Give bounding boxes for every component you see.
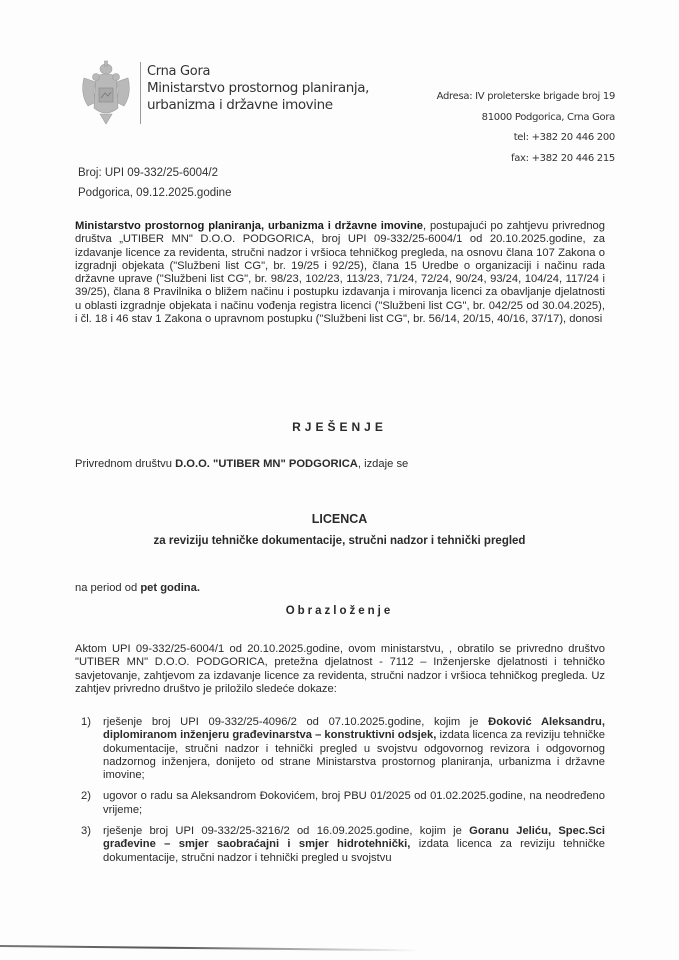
period-value: pet godina. (140, 582, 200, 594)
list-item: 2)ugovor o radu sa Aleksandrom Đokovićem… (75, 790, 605, 817)
licence-title: LICENCA (0, 512, 679, 526)
grant-line: Privrednom društvu D.O.O. "UTIBER MN" PO… (75, 458, 408, 470)
reasoning-paragraph: Aktom UPI 09-332/25-6004/1 od 20.10.2025… (75, 643, 605, 696)
document-number: Broj: UPI 09-332/25-6004/2 (78, 163, 231, 183)
list-item: 1)rješenje broj UPI 09-332/25-4096/2 od … (75, 716, 605, 782)
item-number: 1) (81, 716, 91, 729)
reasoning-heading: Obrazloženje (0, 605, 679, 617)
intro-text: , postupajući po zahtjevu privrednog dru… (75, 220, 605, 325)
address-line: Adresa: IV proleterske brigade broj 19 (437, 90, 615, 111)
phone-line: tel: +382 20 446 200 (437, 131, 615, 152)
decision-heading: RJEŠENJE (0, 420, 679, 434)
document-page: Crna Gora Ministarstvo prostornog planir… (0, 0, 679, 960)
list-item: 3)rješenje broj UPI 09-332/25-3216/2 od … (75, 825, 605, 865)
licence-subtitle: za reviziju tehničke dokumentacije, stru… (0, 535, 679, 547)
intro-lead: Ministarstvo prostornog planiranja, urba… (75, 220, 423, 232)
evidence-list: 1)rješenje broj UPI 09-332/25-4096/2 od … (75, 716, 605, 865)
page-fold-shadow (0, 945, 420, 951)
period-line: na period od pet godina. (75, 582, 200, 594)
item-text: rješenje broj UPI 09-332/25-4096/2 od 07… (103, 716, 488, 728)
country-name: Crna Gora (147, 64, 369, 80)
document-place-date: Podgorica, 09.12.2025.godine (78, 183, 231, 203)
fax-line: fax: +382 20 446 215 (437, 152, 615, 173)
item-text: rješenje broj UPI 09-332/25-3216/2 od 16… (103, 825, 469, 837)
ministry-name-line1: Ministarstvo prostornog planiranja, (147, 80, 369, 97)
item-number: 3) (81, 825, 91, 838)
item-text: ugovor o radu sa Aleksandrom Đokovićem, … (103, 790, 605, 815)
ministry-name-line2: urbanizma i državne imovine (147, 97, 369, 114)
coat-of-arms-icon (78, 60, 134, 126)
intro-paragraph: Ministarstvo prostornog planiranja, urba… (75, 220, 605, 326)
header-institution: Crna Gora Ministarstvo prostornog planir… (147, 64, 369, 114)
document-meta: Broj: UPI 09-332/25-6004/2 Podgorica, 09… (78, 163, 231, 203)
period-prefix: na period od (75, 582, 140, 594)
grant-suffix: , izdaje se (358, 458, 408, 470)
grant-company: D.O.O. "UTIBER MN" PODGORICA (175, 458, 358, 470)
item-number: 2) (81, 790, 91, 803)
address-block: Adresa: IV proleterske brigade broj 19 8… (437, 90, 615, 172)
grant-prefix: Privrednom društvu (75, 458, 175, 470)
postal-line: 81000 Podgorica, Crna Gora (437, 111, 615, 132)
header-divider (140, 62, 141, 124)
